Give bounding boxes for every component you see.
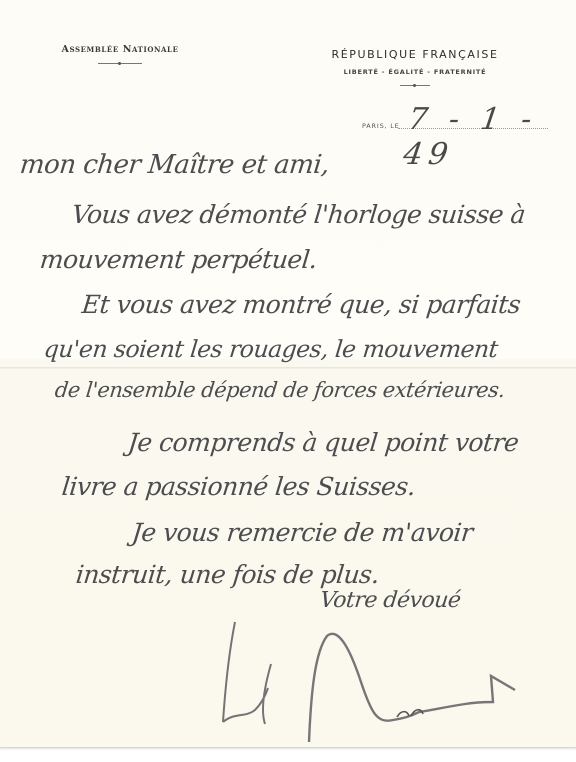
paper-fold-line xyxy=(0,367,576,369)
letter-line: Vous avez démonté l'horloge suisse à xyxy=(70,200,526,229)
motto: LIBERTÉ - ÉGALITÉ - FRATERNITÉ xyxy=(300,68,530,76)
date-line: PARIS, LE 7 - 1 - 49 xyxy=(362,100,557,150)
letterhead-right: RÉPUBLIQUE FRANÇAISE LIBERTÉ - ÉGALITÉ -… xyxy=(300,48,530,86)
letter-line: Et vous avez montré que, si parfaits xyxy=(80,290,521,319)
letter-line: mouvement perpétuel. xyxy=(38,245,318,274)
letter-line: instruit, une fois de plus. xyxy=(74,560,380,589)
closing: Votre dévoué xyxy=(319,588,462,613)
letter-line: Je vous remercie de m'avoir xyxy=(130,518,474,547)
letter-line: Je comprends à quel point votre xyxy=(126,428,520,457)
letter-line: qu'en soient les rouages, le mouvement xyxy=(43,335,500,363)
signature-flourish-icon xyxy=(215,612,535,742)
handwritten-date: 7 - 1 - 49 xyxy=(401,102,562,172)
assemblee-nationale-title: Assemblée Nationale xyxy=(40,44,200,55)
letter-line: livre a passionné les Suisses. xyxy=(60,472,416,501)
letterhead-left: Assemblée Nationale xyxy=(40,44,200,64)
signature xyxy=(215,612,535,742)
letter-line: de l'ensemble dépend de forces extérieur… xyxy=(54,378,506,402)
ornament-rule-icon xyxy=(98,63,142,64)
letter-paper: Assemblée Nationale RÉPUBLIQUE FRANÇAISE… xyxy=(0,0,576,748)
salutation: mon cher Maître et ami, xyxy=(18,150,330,180)
ornament-rule-icon xyxy=(400,85,430,86)
place-label: PARIS, LE xyxy=(362,122,400,130)
republique-francaise-title: RÉPUBLIQUE FRANÇAISE xyxy=(300,48,530,61)
